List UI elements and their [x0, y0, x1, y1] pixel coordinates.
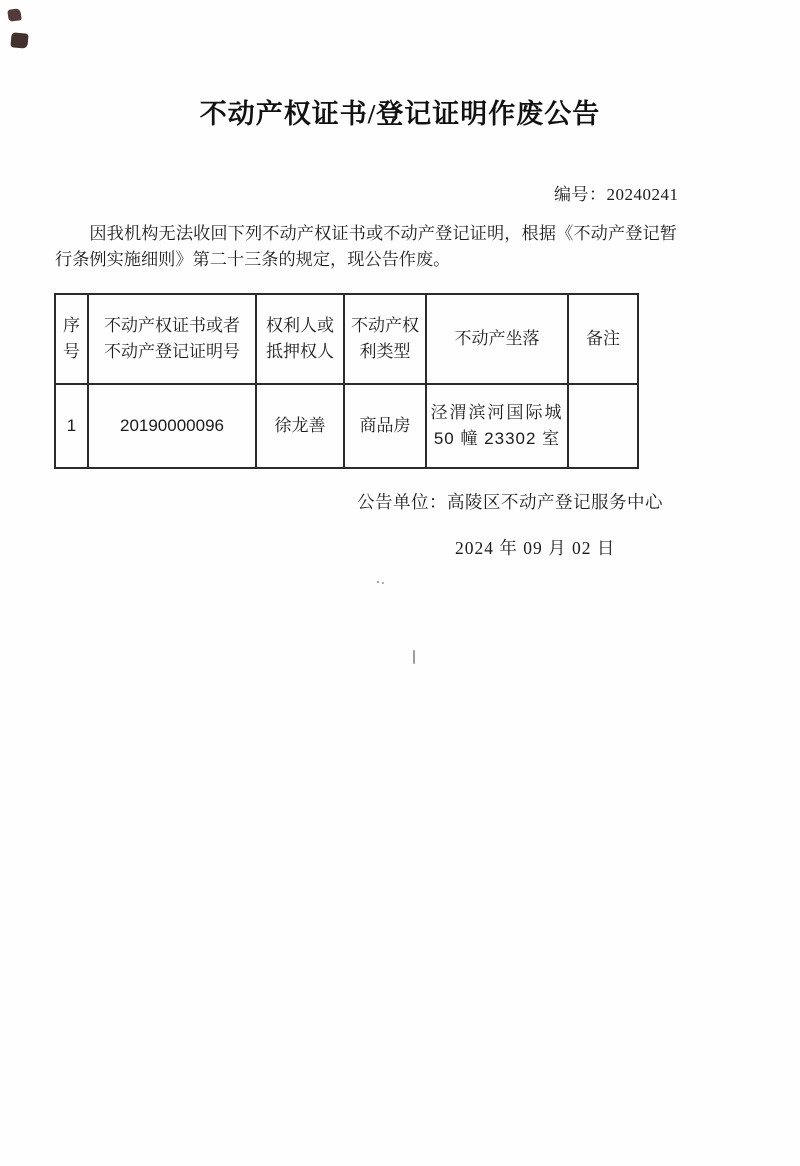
- cell-location: 泾渭滨河国际城 50 幢 23302 室: [426, 384, 568, 468]
- header-line: 不动产权: [345, 313, 425, 339]
- header-line: 抵押权人: [257, 339, 343, 365]
- header-line: 不动产登记证明号: [89, 339, 255, 365]
- issuer-line: 公告单位：高陵区不动产登记服务中心: [357, 489, 663, 514]
- col-header-right-type: 不动产权 利类型: [344, 294, 426, 384]
- col-header-location: 不动产坐落: [426, 294, 568, 384]
- header-line: 号: [56, 339, 87, 365]
- cell-seq: 1: [55, 384, 88, 468]
- cell-right-type: 商品房: [344, 384, 426, 468]
- scan-corner-mark-icon: [7, 8, 22, 22]
- doc-number: 编号：20240241: [554, 180, 679, 205]
- col-header-seq: 序 号: [55, 294, 88, 384]
- header-line: 序: [56, 313, 87, 339]
- scan-corner-mark-icon: [10, 32, 28, 48]
- cell-certificate-no: 20190000096: [88, 384, 256, 468]
- header-line: 利类型: [345, 339, 425, 365]
- notice-document-page: 不动产权证书/登记证明作废公告 编号：20240241 因我机构无法收回下列不动…: [0, 0, 800, 1166]
- header-line: 不动产坐落: [427, 326, 567, 352]
- header-line: 权利人或: [257, 313, 343, 339]
- scan-artifact-tick: [413, 650, 415, 664]
- certificates-table: 序 号 不动产权证书或者 不动产登记证明号 权利人或 抵押权人 不动产权 利类型…: [54, 293, 639, 469]
- header-line: 不动产权证书或者: [89, 313, 255, 339]
- cell-remark: [568, 384, 638, 468]
- notice-body-paragraph: 因我机构无法收回下列不动产权证书或不动产登记证明，根据《不动产登记暂行条例实施细…: [55, 221, 677, 273]
- page-title: 不动产权证书/登记证明作废公告: [0, 92, 800, 131]
- table-row: 1 20190000096 徐龙善 商品房 泾渭滨河国际城 50 幢 23302…: [55, 384, 638, 468]
- date-line: 2024 年 09 月 02 日: [455, 535, 615, 560]
- scan-artifact-dot: [377, 581, 379, 583]
- col-header-right-holder: 权利人或 抵押权人: [256, 294, 344, 384]
- table-header-row: 序 号 不动产权证书或者 不动产登记证明号 权利人或 抵押权人 不动产权 利类型…: [55, 294, 638, 384]
- cell-right-holder: 徐龙善: [256, 384, 344, 468]
- col-header-remark: 备注: [568, 294, 638, 384]
- col-header-certificate-no: 不动产权证书或者 不动产登记证明号: [88, 294, 256, 384]
- header-line: 备注: [569, 326, 637, 352]
- location-line: 50 幢 23302 室: [427, 426, 567, 452]
- location-line: 泾渭滨河国际城: [427, 400, 567, 426]
